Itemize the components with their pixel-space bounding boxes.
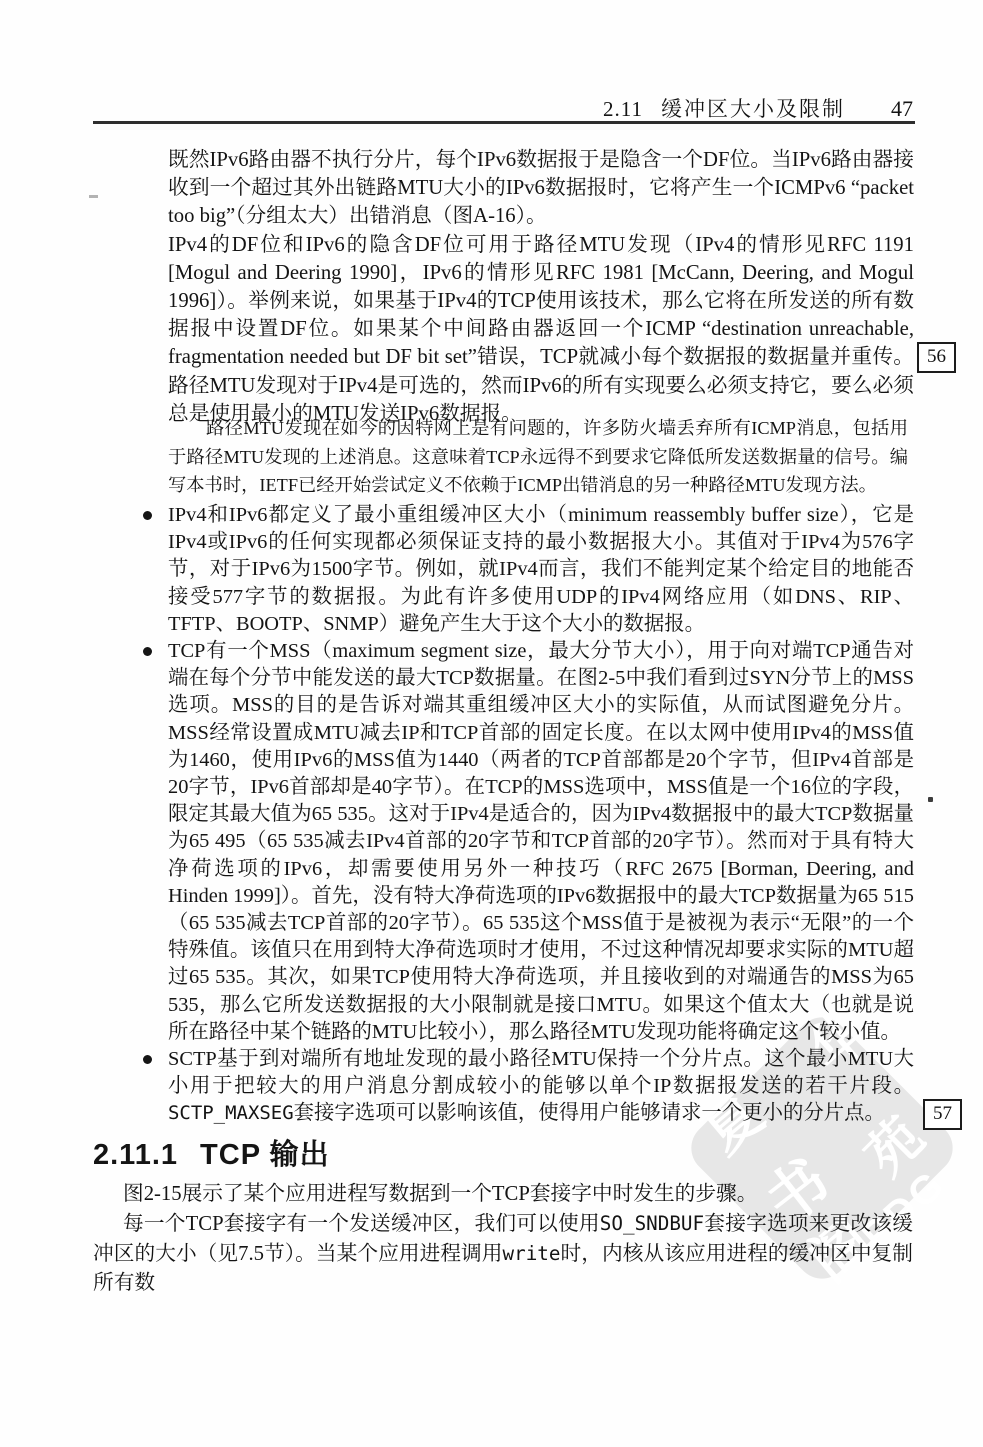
bullet-list: IPv4和IPv6都定义了最小重组缓冲区大小（minimum reassembl… xyxy=(168,502,914,1128)
running-header: 2.11 缓冲区大小及限制 47 xyxy=(93,93,913,123)
scan-artifact xyxy=(89,195,98,198)
book-page: 华 夏 书 苑 阁 PDG 2.11 缓冲区大小及限制 47 既然IPv6路由器… xyxy=(0,0,983,1447)
running-header-section-title: 缓冲区大小及限制 xyxy=(661,93,845,123)
bullet-icon xyxy=(143,647,152,656)
paragraph: 每一个TCP套接字有一个发送缓冲区，我们可以使用SO_SNDBUF套接字选项来更… xyxy=(93,1209,913,1298)
intro-paragraphs: 既然IPv6路由器不执行分片，每个IPv6数据报于是隐含一个DF位。当IPv6路… xyxy=(168,146,914,428)
paragraph: IPv4的DF位和IPv6的隐含DF位可用于路径MTU发现（IPv4的情形见RF… xyxy=(168,231,914,428)
scan-artifact xyxy=(928,797,933,802)
paragraph: 图2-15展示了某个应用进程写数据到一个TCP套接字中时发生的步骤。 xyxy=(93,1180,913,1209)
bullet-icon xyxy=(143,1055,152,1064)
running-header-section-number: 2.11 xyxy=(603,97,643,122)
paragraph: 既然IPv6路由器不执行分片，每个IPv6数据报于是隐含一个DF位。当IPv6路… xyxy=(168,146,914,231)
subsection-number: 2.11.1 xyxy=(93,1140,178,1172)
bullet-icon xyxy=(143,511,152,520)
list-item: SCTP基于到对端所有地址发现的最小路径MTU保持一个分片点。这个最小MTU大小… xyxy=(168,1046,914,1128)
bullet-text: TCP有一个MSS（maximum segment size，最大分节大小），用… xyxy=(168,640,914,1043)
subsection-heading: 2.11.1 TCP 输出 xyxy=(93,1140,913,1172)
margin-page-ref-box: 56 xyxy=(917,342,956,373)
note-paragraph: 路径MTU发现在如今的因特网上是有问题的，许多防火墙丢弃所有ICMP消息，包括用… xyxy=(168,414,908,500)
list-item: TCP有一个MSS（maximum segment size，最大分节大小），用… xyxy=(168,638,914,1046)
subsection-title: TCP 输出 xyxy=(200,1140,330,1172)
header-rule xyxy=(93,121,915,124)
list-item: IPv4和IPv6都定义了最小重组缓冲区大小（minimum reassembl… xyxy=(168,502,914,638)
bullet-text: IPv4和IPv6都定义了最小重组缓冲区大小（minimum reassembl… xyxy=(168,504,914,635)
body-paragraphs: 图2-15展示了某个应用进程写数据到一个TCP套接字中时发生的步骤。 每一个TC… xyxy=(93,1180,913,1298)
margin-page-ref-box: 57 xyxy=(923,1099,962,1130)
bullet-text: SCTP基于到对端所有地址发现的最小路径MTU保持一个分片点。这个最小MTU大小… xyxy=(168,1048,914,1124)
page-number: 47 xyxy=(891,96,913,122)
